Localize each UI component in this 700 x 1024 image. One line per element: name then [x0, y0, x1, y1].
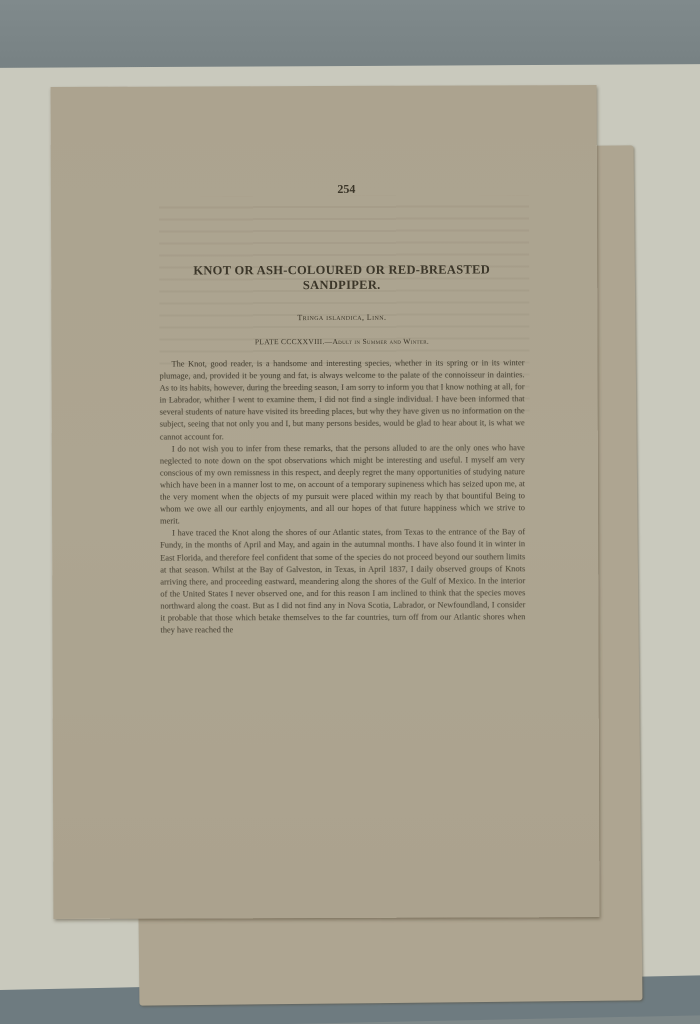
page-number: 254: [169, 181, 524, 197]
paragraph: I have traced the Knot along the shores …: [160, 527, 525, 637]
page-content: 254 KNOT OR ASH-COLOURED OR RED-BREASTED…: [159, 181, 526, 636]
book-page: 254 KNOT OR ASH-COLOURED OR RED-BREASTED…: [51, 85, 600, 919]
plate-caption: PLATE CCCXXVIII.—Adult in Summer and Win…: [159, 336, 524, 346]
page-title: KNOT OR ASH-COLOURED OR RED-BREASTED SAN…: [159, 262, 524, 293]
paragraph: I do not wish you to infer from these re…: [160, 442, 525, 528]
body-text: The Knot, good reader, is a handsome and…: [159, 357, 525, 636]
latin-name: Tringa islandica, Linn.: [159, 312, 524, 322]
wall-background: [0, 0, 700, 70]
paragraph: The Knot, good reader, is a handsome and…: [159, 357, 524, 443]
